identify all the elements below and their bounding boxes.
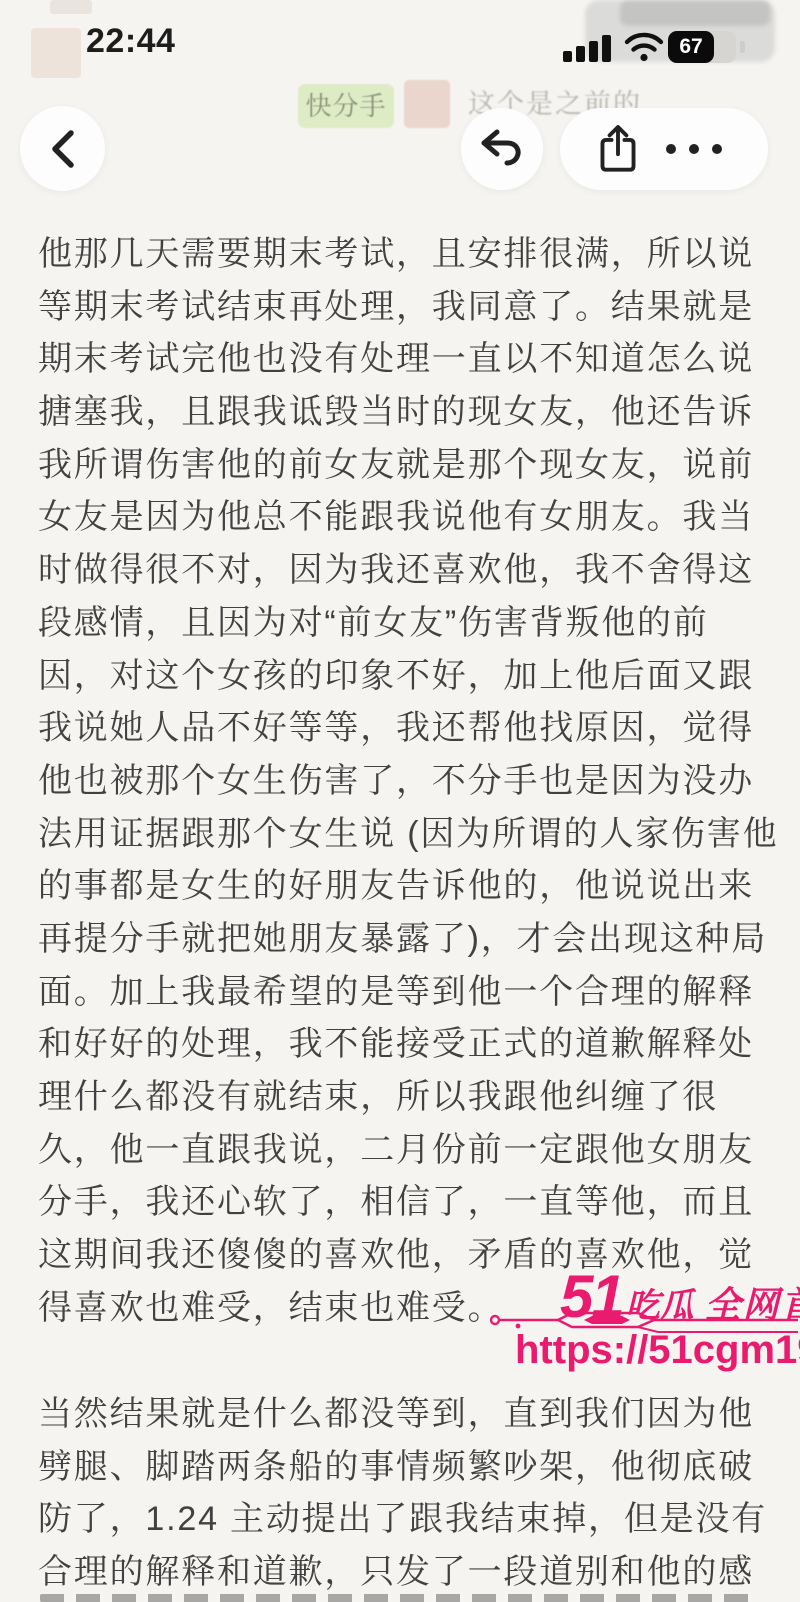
wifi-icon [624,32,664,62]
cellular-signal-icon [563,34,617,62]
text-line: 等期末考试结束再处理，我同意了。结果就是 [38,281,778,334]
undo-arrow-icon [479,128,525,170]
text-line: 搪塞我，且跟我诋毁当时的现女友，他还告诉 [38,386,778,439]
more-button[interactable] [666,144,722,154]
text-line: 的事都是女生的好朋友告诉他的，他说说出来 [38,860,778,913]
watermark-url: https://51cgm19.com [515,1328,800,1373]
text-line: 理什么都没有就结束，所以我跟他纠缠了很 [38,1071,778,1124]
text-line: 合理的解释和道歉，只发了一段道别和他的感 [38,1546,767,1599]
text-line: 期末考试完他也没有处理一直以不知道怎么说 [38,333,778,386]
text-line: 我所谓伤害他的前女友就是那个现女友，说前 [38,439,778,492]
text-line: 久，他一直跟我说，二月份前一定跟他女朋友 [38,1124,778,1177]
text-line: 和好好的处理，我不能接受正式的道歉解释处 [38,1018,778,1071]
faded-thumbnail [31,28,81,78]
paragraph-2: 当然结果就是什么都没等到，直到我们因为他劈腿、脚踏两条船的事情频繁吵架，他彻底破… [38,1388,767,1599]
text-line: 段感情，且因为对“前女友”伤害背叛他的前 [38,597,778,650]
text-line: 我说她人品不好等等，我还帮他找原因，觉得 [38,702,778,755]
faded-avatar [404,80,450,128]
text-line: 面。加上我最希望的是等到他一个合理的解释 [38,966,778,1019]
screen: 快分手 这个是之前的 22:44 67 他那几天需要期末考试，且安排很满 [0,0,800,1602]
share-icon [596,123,640,175]
text-line: 他也被那个女生伤害了，不分手也是因为没办 [38,755,778,808]
undo-button[interactable] [461,108,543,190]
faded-thumbnail-top [50,0,92,14]
faded-image-blob-dark [620,0,770,26]
text-line: 防了，1.24 主动提出了跟我结束掉，但是没有 [38,1493,767,1546]
text-line: 分手，我还心软了，相信了，一直等他，而且 [38,1176,778,1229]
status-time: 22:44 [86,22,175,61]
text-line: 劈腿、脚踏两条船的事情频繁吵架，他彻底破 [38,1441,767,1494]
faded-chat-bubble: 快分手 [298,84,394,128]
actions-pill [560,108,768,190]
share-button[interactable] [592,123,644,175]
paragraph-1: 他那几天需要期末考试，且安排很满，所以说等期末考试结束再处理，我同意了。结果就是… [38,228,778,1334]
text-line: 法用证据跟那个女生说 (因为所谓的人家伤害他 [38,808,778,861]
text-line: 当然结果就是什么都没等到，直到我们因为他 [38,1388,767,1441]
text-line: 因，对这个女孩的印象不好，加上他后面又跟 [38,650,778,703]
back-button[interactable] [20,106,105,191]
chevron-left-icon [46,127,80,171]
battery-level: 67 [668,31,714,63]
text-line: 女友是因为他总不能跟我说他有女朋友。我当 [38,491,778,544]
text-line: 再提分手就把她朋友暴露了)，才会出现这种局 [38,913,778,966]
battery-tip [740,41,745,53]
text-line: 时做得很不对，因为我还喜欢他，我不舍得这 [38,544,778,597]
cutoff-text-line [40,1594,752,1602]
text-line: 他那几天需要期末考试，且安排很满，所以说 [38,228,778,281]
battery-icon: 67 [668,31,736,63]
